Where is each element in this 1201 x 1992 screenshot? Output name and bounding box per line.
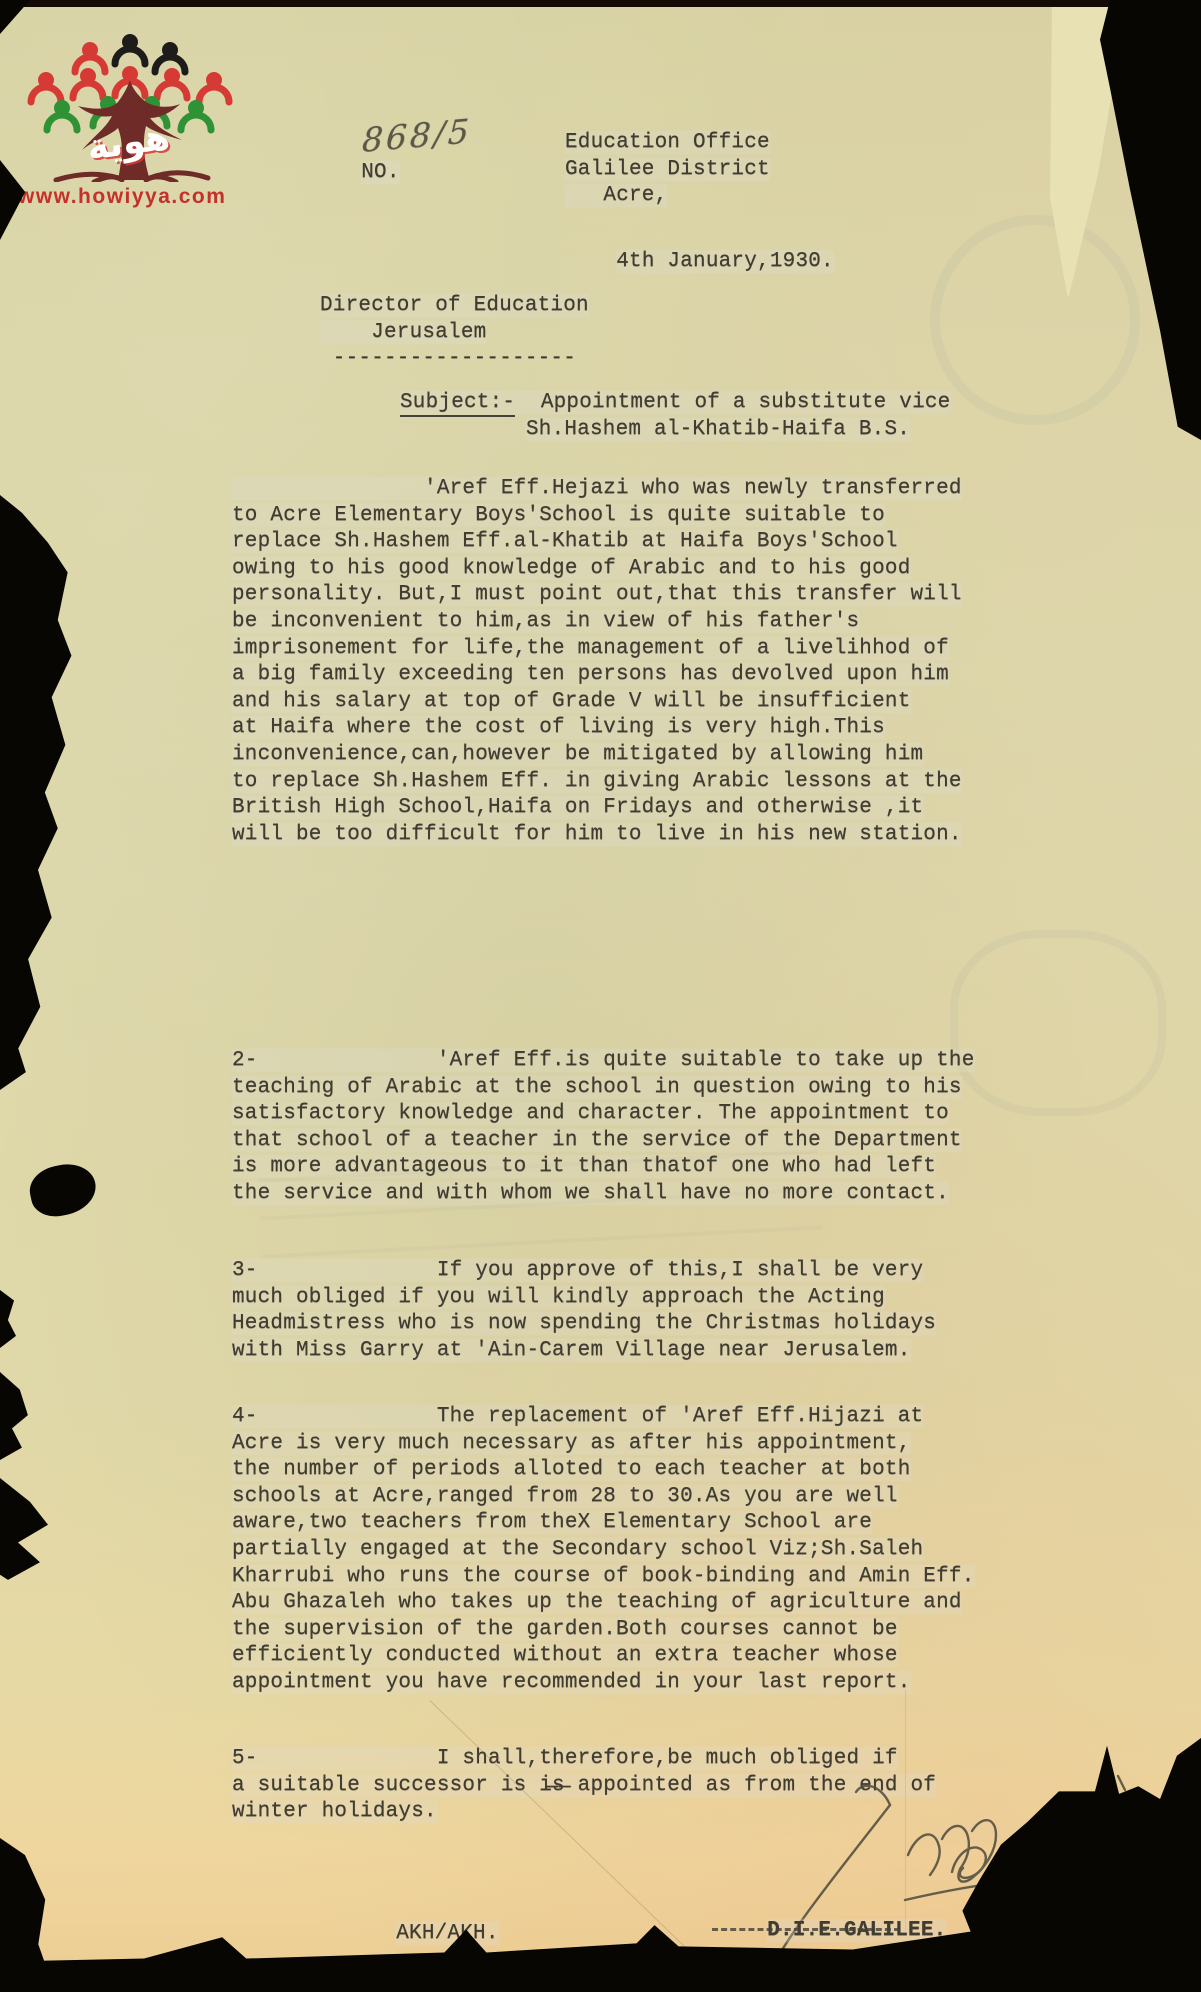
paragraph-1: 'Aref Eff.Hejazi who was newly transferr… [232,476,962,848]
recipient-title: Director of Education [320,294,589,317]
subject-line-1: Appointment of a substitute vice [515,391,950,414]
ref-number-label: NO. [361,161,399,184]
torn-edge-top [0,0,1201,7]
subject-line-2: Sh.Hashem al-Khatib-Haifa B.S. [526,418,910,441]
recipient-city: Jerusalem [320,321,486,344]
subject-block: Subject:- Appointment of a substitute vi… [400,390,951,443]
office-address-block: Education Office Galilee District Acre, [565,130,770,210]
office-line: Galilee District [565,158,770,181]
paragraph-4: 4- The replacement of 'Aref Eff.Hijazi a… [232,1404,975,1697]
subject-label: Subject:- [400,391,515,417]
signer-underline [712,1928,900,1931]
office-line: Education Office [565,131,770,154]
howiyya-logo: هوية هوية www.howiyya.com [18,32,242,209]
recipient-rule: ------------------- [320,347,576,370]
scanned-letter-page: هوية هوية www.howiyya.com NO. 868/5 Educ… [0,0,1201,1992]
howiyya-tree-icon: هوية هوية [18,32,242,182]
paragraph-3: 3- If you approve of this,I shall be ver… [232,1258,936,1364]
letter-date: 4th January,1930. [565,222,834,302]
office-line: Acre, [565,184,667,207]
fold-crease [905,1690,906,1930]
paragraph-2: 2- 'Aref Eff.is quite suitable to take u… [232,1048,975,1208]
recipient-block: Director of Education Jerusalem --------… [320,293,589,373]
watermark-url: www.howiyya.com [18,185,242,209]
